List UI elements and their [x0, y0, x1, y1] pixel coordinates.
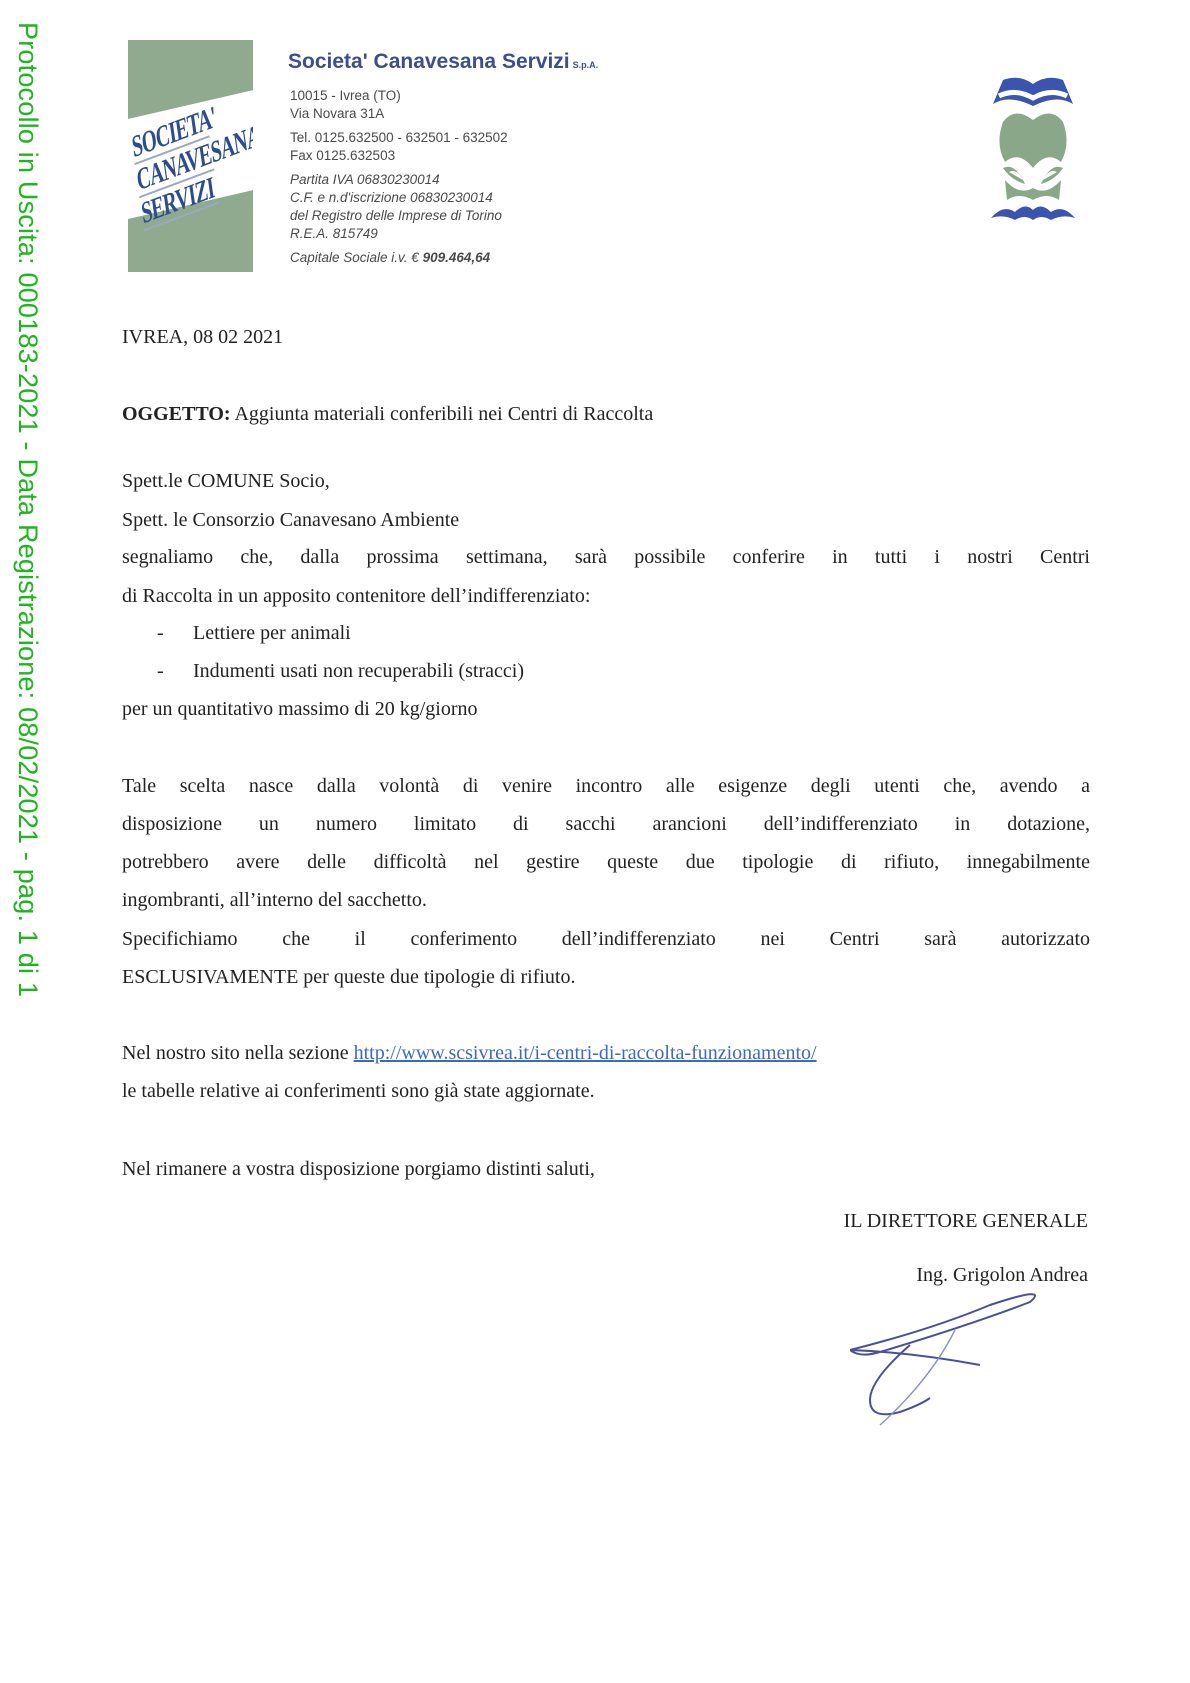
recipient-1: Spett.le COMUNE Socio, — [122, 470, 330, 493]
paragraph-line: disposizione un numero limitato di sacch… — [122, 813, 1090, 836]
emblem-icon — [985, 76, 1080, 226]
company-name: Societa' Canavesana ServiziS.p.A. — [288, 50, 598, 74]
intro-line: segnaliamo che, dalla prossima settimana… — [122, 546, 1090, 569]
paragraph-line-text: potrebbero avere delle difficoltà nel ge… — [122, 851, 1090, 874]
vat-line: Partita IVA 06830230014 — [290, 171, 508, 189]
place-date: IVREA, 08 02 2021 — [122, 326, 283, 349]
list-dash: - — [157, 622, 193, 645]
site-suffix: le tabelle relative ai conferimenti sono… — [122, 1080, 595, 1103]
address-line: Via Novara 31A — [290, 105, 508, 123]
protocol-stamp: Protocollo in Uscita: 000183-2021 - Data… — [14, 22, 41, 997]
recipient-2: Spett. le Consorzio Canavesano Ambiente — [122, 509, 459, 532]
subject-label: OGGETTO: — [122, 403, 231, 425]
subject-text: Aggiunta materiali conferibili nei Centr… — [234, 403, 653, 425]
signer-title: IL DIRETTORE GENERALE — [844, 1210, 1088, 1233]
paragraph-line-text: Specifichiamo che il conferimento dell’i… — [122, 928, 1090, 951]
list-dash: - — [157, 660, 193, 683]
signer-name: Ing. Grigolon Andrea — [916, 1264, 1088, 1287]
site-link[interactable]: http://www.scsivrea.it/i-centri-di-racco… — [354, 1042, 817, 1064]
subject: OGGETTO: Aggiunta materiali conferibili … — [122, 403, 653, 426]
intro-line-2: di Raccolta in un apposito contenitore d… — [122, 585, 590, 608]
paragraph-line-text: Tale scelta nasce dalla volontà di venir… — [122, 775, 1090, 798]
company-details: 10015 - Ivrea (TO) Via Novara 31A Tel. 0… — [290, 87, 508, 267]
paragraph-line: potrebbero avere delle difficoltà nel ge… — [122, 851, 1090, 874]
tel-line: Tel. 0125.632500 - 632501 - 632502 — [290, 129, 508, 147]
list-item-text: Lettiere per animali — [193, 622, 351, 644]
address-line: 10015 - Ivrea (TO) — [290, 87, 508, 105]
closing: Nel rimanere a vostra disposizione porgi… — [122, 1158, 595, 1181]
signature-icon — [850, 1290, 1040, 1440]
company-name-text: Societa' Canavesana Servizi — [288, 50, 570, 73]
list-item: -Lettiere per animali — [157, 622, 351, 645]
site-prefix: Nel nostro sito nella sezione — [122, 1042, 349, 1064]
intro-line-text: segnaliamo che, dalla prossima settimana… — [122, 546, 1090, 569]
paragraph-line: Tale scelta nasce dalla volontà di venir… — [122, 775, 1090, 798]
paragraph-last-line: ingombranti, all’interno del sacchetto. — [122, 889, 427, 912]
site-line: Nel nostro sito nella sezione http://www… — [122, 1042, 817, 1065]
paragraph-last-line: ESCLUSIVAMENTE per queste due tipologie … — [122, 966, 575, 989]
rea-line: R.E.A. 815749 — [290, 225, 508, 243]
company-logo: SOCIETA' CANAVESANA SERVIZI — [128, 40, 253, 272]
paragraph-line: Specifichiamo che il conferimento dell’i… — [122, 928, 1090, 951]
list-item-text: Indumenti usati non recuperabili (stracc… — [193, 660, 524, 682]
quantity-line: per un quantitativo massimo di 20 kg/gio… — [122, 698, 478, 721]
registry-line: del Registro delle Imprese di Torino — [290, 207, 508, 225]
company-suffix: S.p.A. — [573, 60, 599, 70]
cf-line: C.F. e n.d'iscrizione 06830230014 — [290, 189, 508, 207]
list-item: -Indumenti usati non recuperabili (strac… — [157, 660, 524, 683]
capital-line: Capitale Sociale i.v. € 909.464,64 — [290, 249, 508, 267]
capital-label: Capitale Sociale i.v. € — [290, 250, 419, 265]
capital-value: 909.464,64 — [423, 250, 491, 265]
paragraph-line-text: disposizione un numero limitato di sacch… — [122, 813, 1090, 836]
fax-line: Fax 0125.632503 — [290, 147, 508, 165]
